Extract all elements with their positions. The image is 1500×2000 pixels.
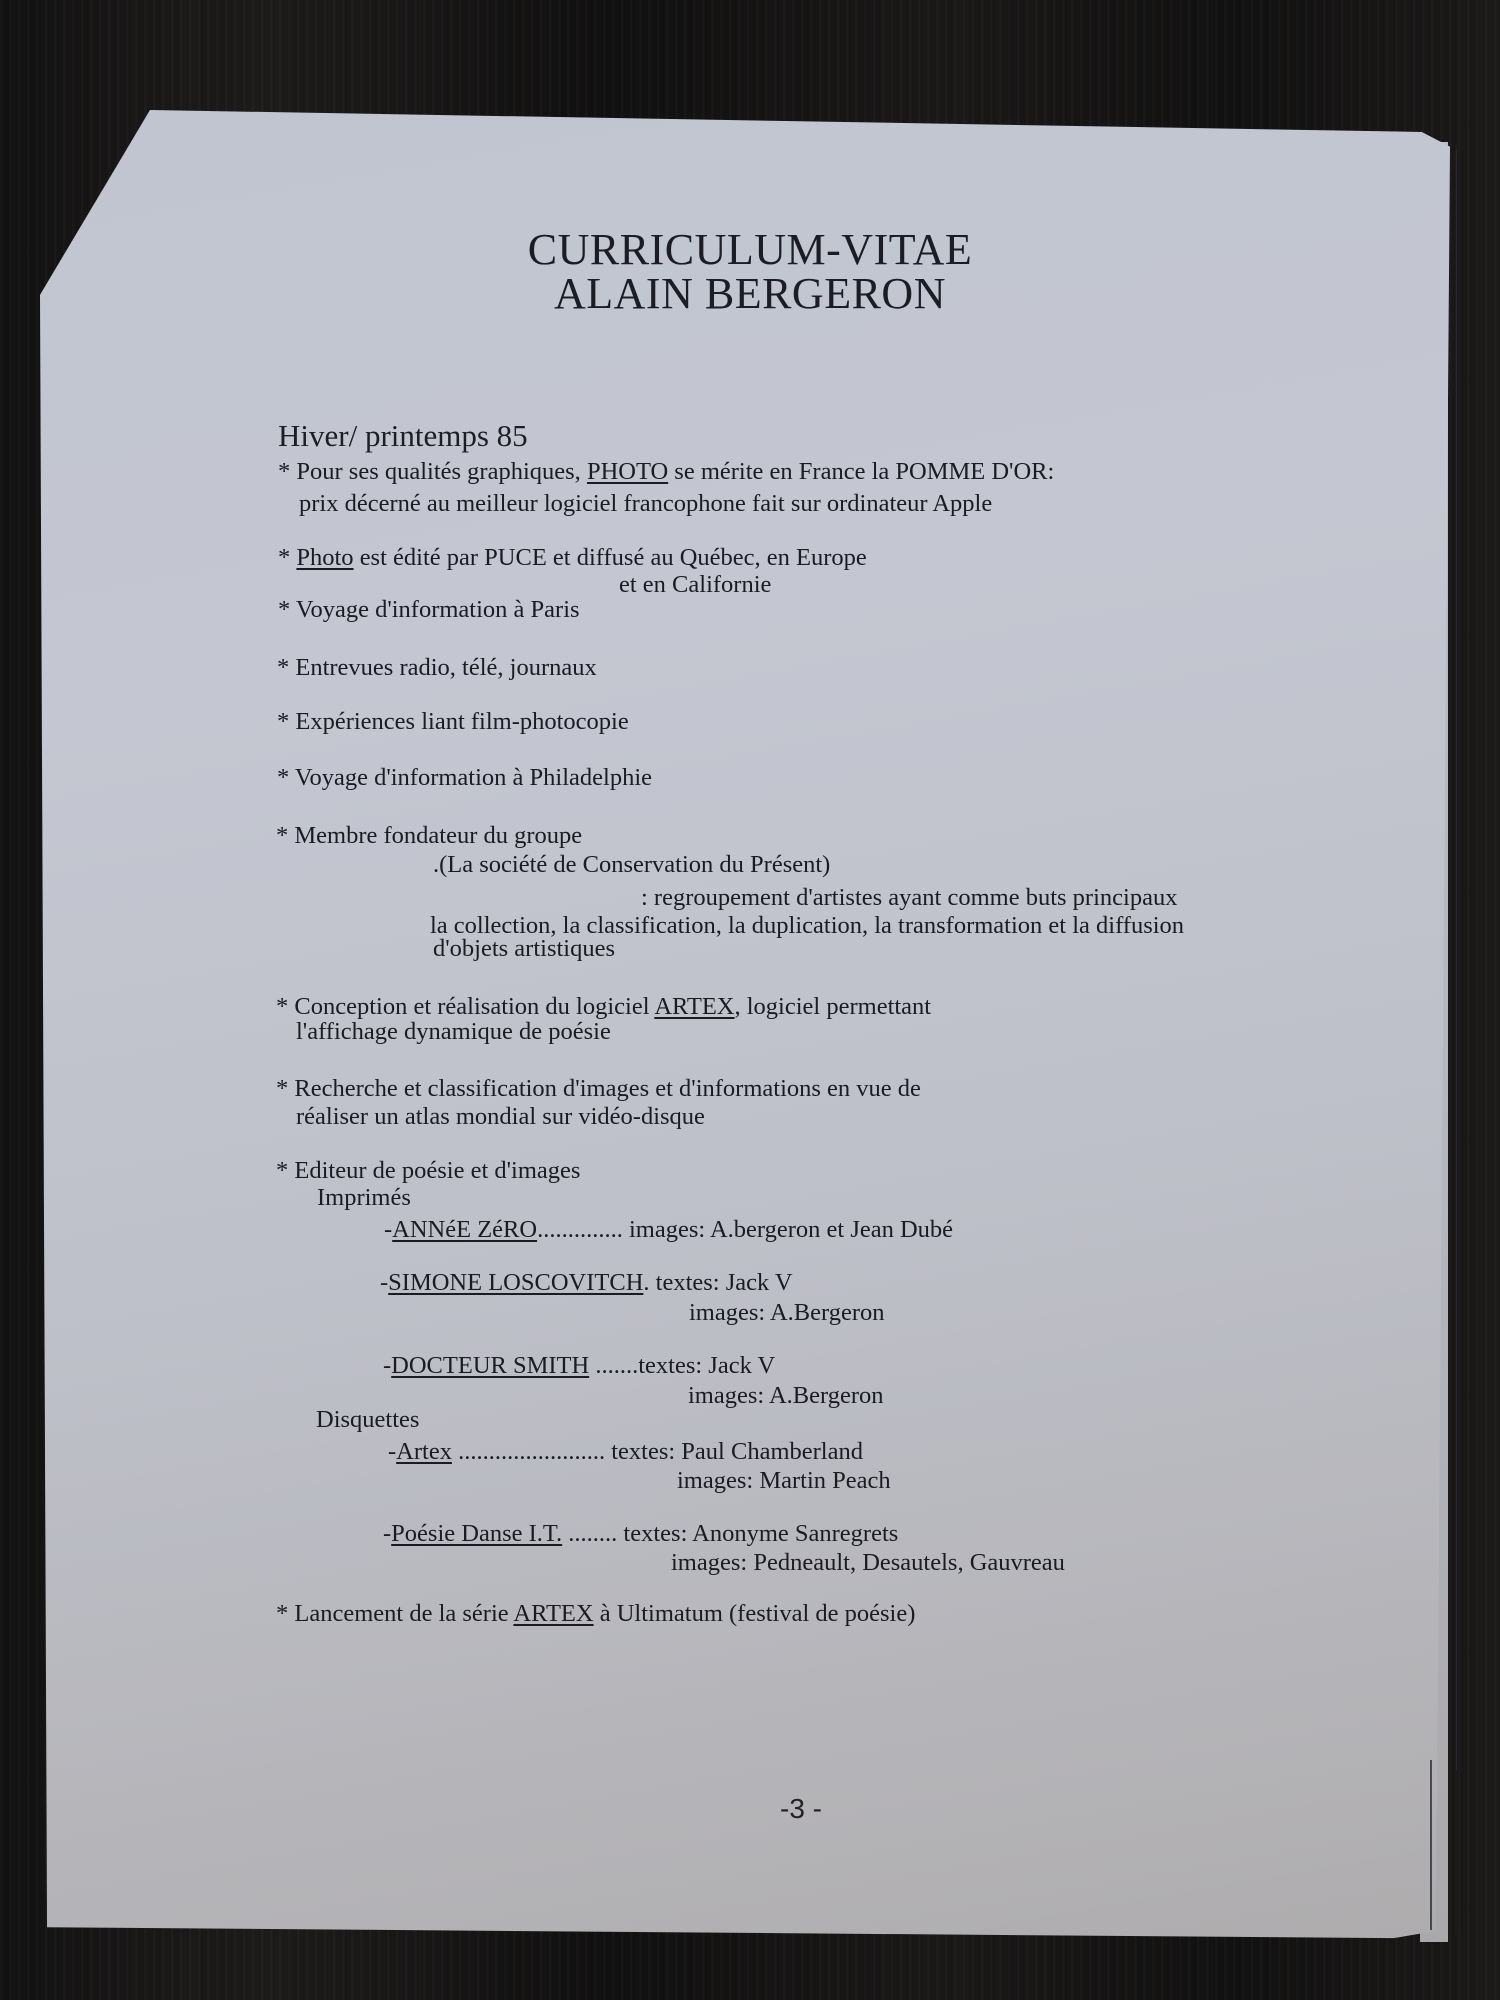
item-photo-edite-line1: * Photo est édité par PUCE et diffusé au… xyxy=(278,544,867,571)
disquette-artex-images: images: Martin Peach xyxy=(677,1467,891,1494)
disquettes-label: Disquettes xyxy=(316,1406,419,1433)
item-recherche-line2: réaliser un atlas mondial sur vidéo-disq… xyxy=(296,1103,705,1130)
section-heading: Hiver/ printemps 85 xyxy=(278,418,528,454)
item-artex-line1: * Conception et réalisation du logiciel … xyxy=(276,993,931,1020)
artex-series-title: ARTEX xyxy=(513,1600,593,1627)
item-voyage-philadelphie: * Voyage d'information à Philadelphie xyxy=(277,764,652,791)
publication-docteur-images: images: A.Bergeron xyxy=(688,1382,884,1409)
disquette-poesie-images: images: Pedneault, Desautels, Gauvreau xyxy=(671,1549,1065,1576)
item-entrevues: * Entrevues radio, télé, journaux xyxy=(277,654,597,681)
item-editeur-line1: * Editeur de poésie et d'images xyxy=(276,1157,580,1184)
artex-title: ARTEX xyxy=(654,993,734,1020)
person-name: ALAIN BERGERON xyxy=(0,272,1500,316)
publication-simone-images: images: A.Bergeron xyxy=(689,1299,885,1326)
item-artex-line2: l'affichage dynamique de poésie xyxy=(296,1018,611,1045)
item-experiences: * Expériences liant film-photocopie xyxy=(277,708,629,735)
document-title: CURRICULUM-VITAE xyxy=(0,228,1500,272)
document-title-block: CURRICULUM-VITAE ALAIN BERGERON xyxy=(0,228,1500,316)
page-number: -3 - xyxy=(780,1793,822,1825)
disquette-artex: -Artex ........................ textes: … xyxy=(388,1438,863,1465)
item-lancement: * Lancement de la série ARTEX à Ultimatu… xyxy=(276,1600,915,1627)
page-edge-line-lower xyxy=(1430,1760,1432,1930)
disquette-poesie-danse: -Poésie Danse I.T. ........ textes: Anon… xyxy=(383,1520,898,1547)
item-membre-line5: d'objets artistiques xyxy=(433,935,615,962)
publication-simone-loscovitch: -SIMONE LOSCOVITCH. textes: Jack V xyxy=(380,1269,793,1296)
publication-docteur-smith: -DOCTEUR SMITH .......textes: Jack V xyxy=(383,1352,775,1379)
item-membre-line1: * Membre fondateur du groupe xyxy=(276,822,582,849)
page-edge-line xyxy=(1456,150,1457,1770)
imprimes-label: Imprimés xyxy=(317,1184,411,1211)
photo-title: Photo xyxy=(296,544,353,571)
item-recherche-line1: * Recherche et classification d'images e… xyxy=(276,1075,921,1102)
item-pomme-line1: * Pour ses qualités graphiques, PHOTO se… xyxy=(278,458,1054,485)
photo-title-link: PHOTO xyxy=(587,458,668,485)
publication-annee-zero: -ANNéE ZéRO.............. images: A.berg… xyxy=(384,1216,953,1243)
item-voyage-paris: * Voyage d'information à Paris xyxy=(278,596,580,623)
item-membre-line2: .(La société de Conservation du Présent) xyxy=(433,851,830,878)
paper-page xyxy=(40,110,1450,1940)
item-photo-edite-line2: et en Californie xyxy=(619,571,771,598)
item-pomme-line2: prix décerné au meilleur logiciel franco… xyxy=(299,490,992,517)
item-membre-line3: : regroupement d'artistes ayant comme bu… xyxy=(641,884,1177,911)
